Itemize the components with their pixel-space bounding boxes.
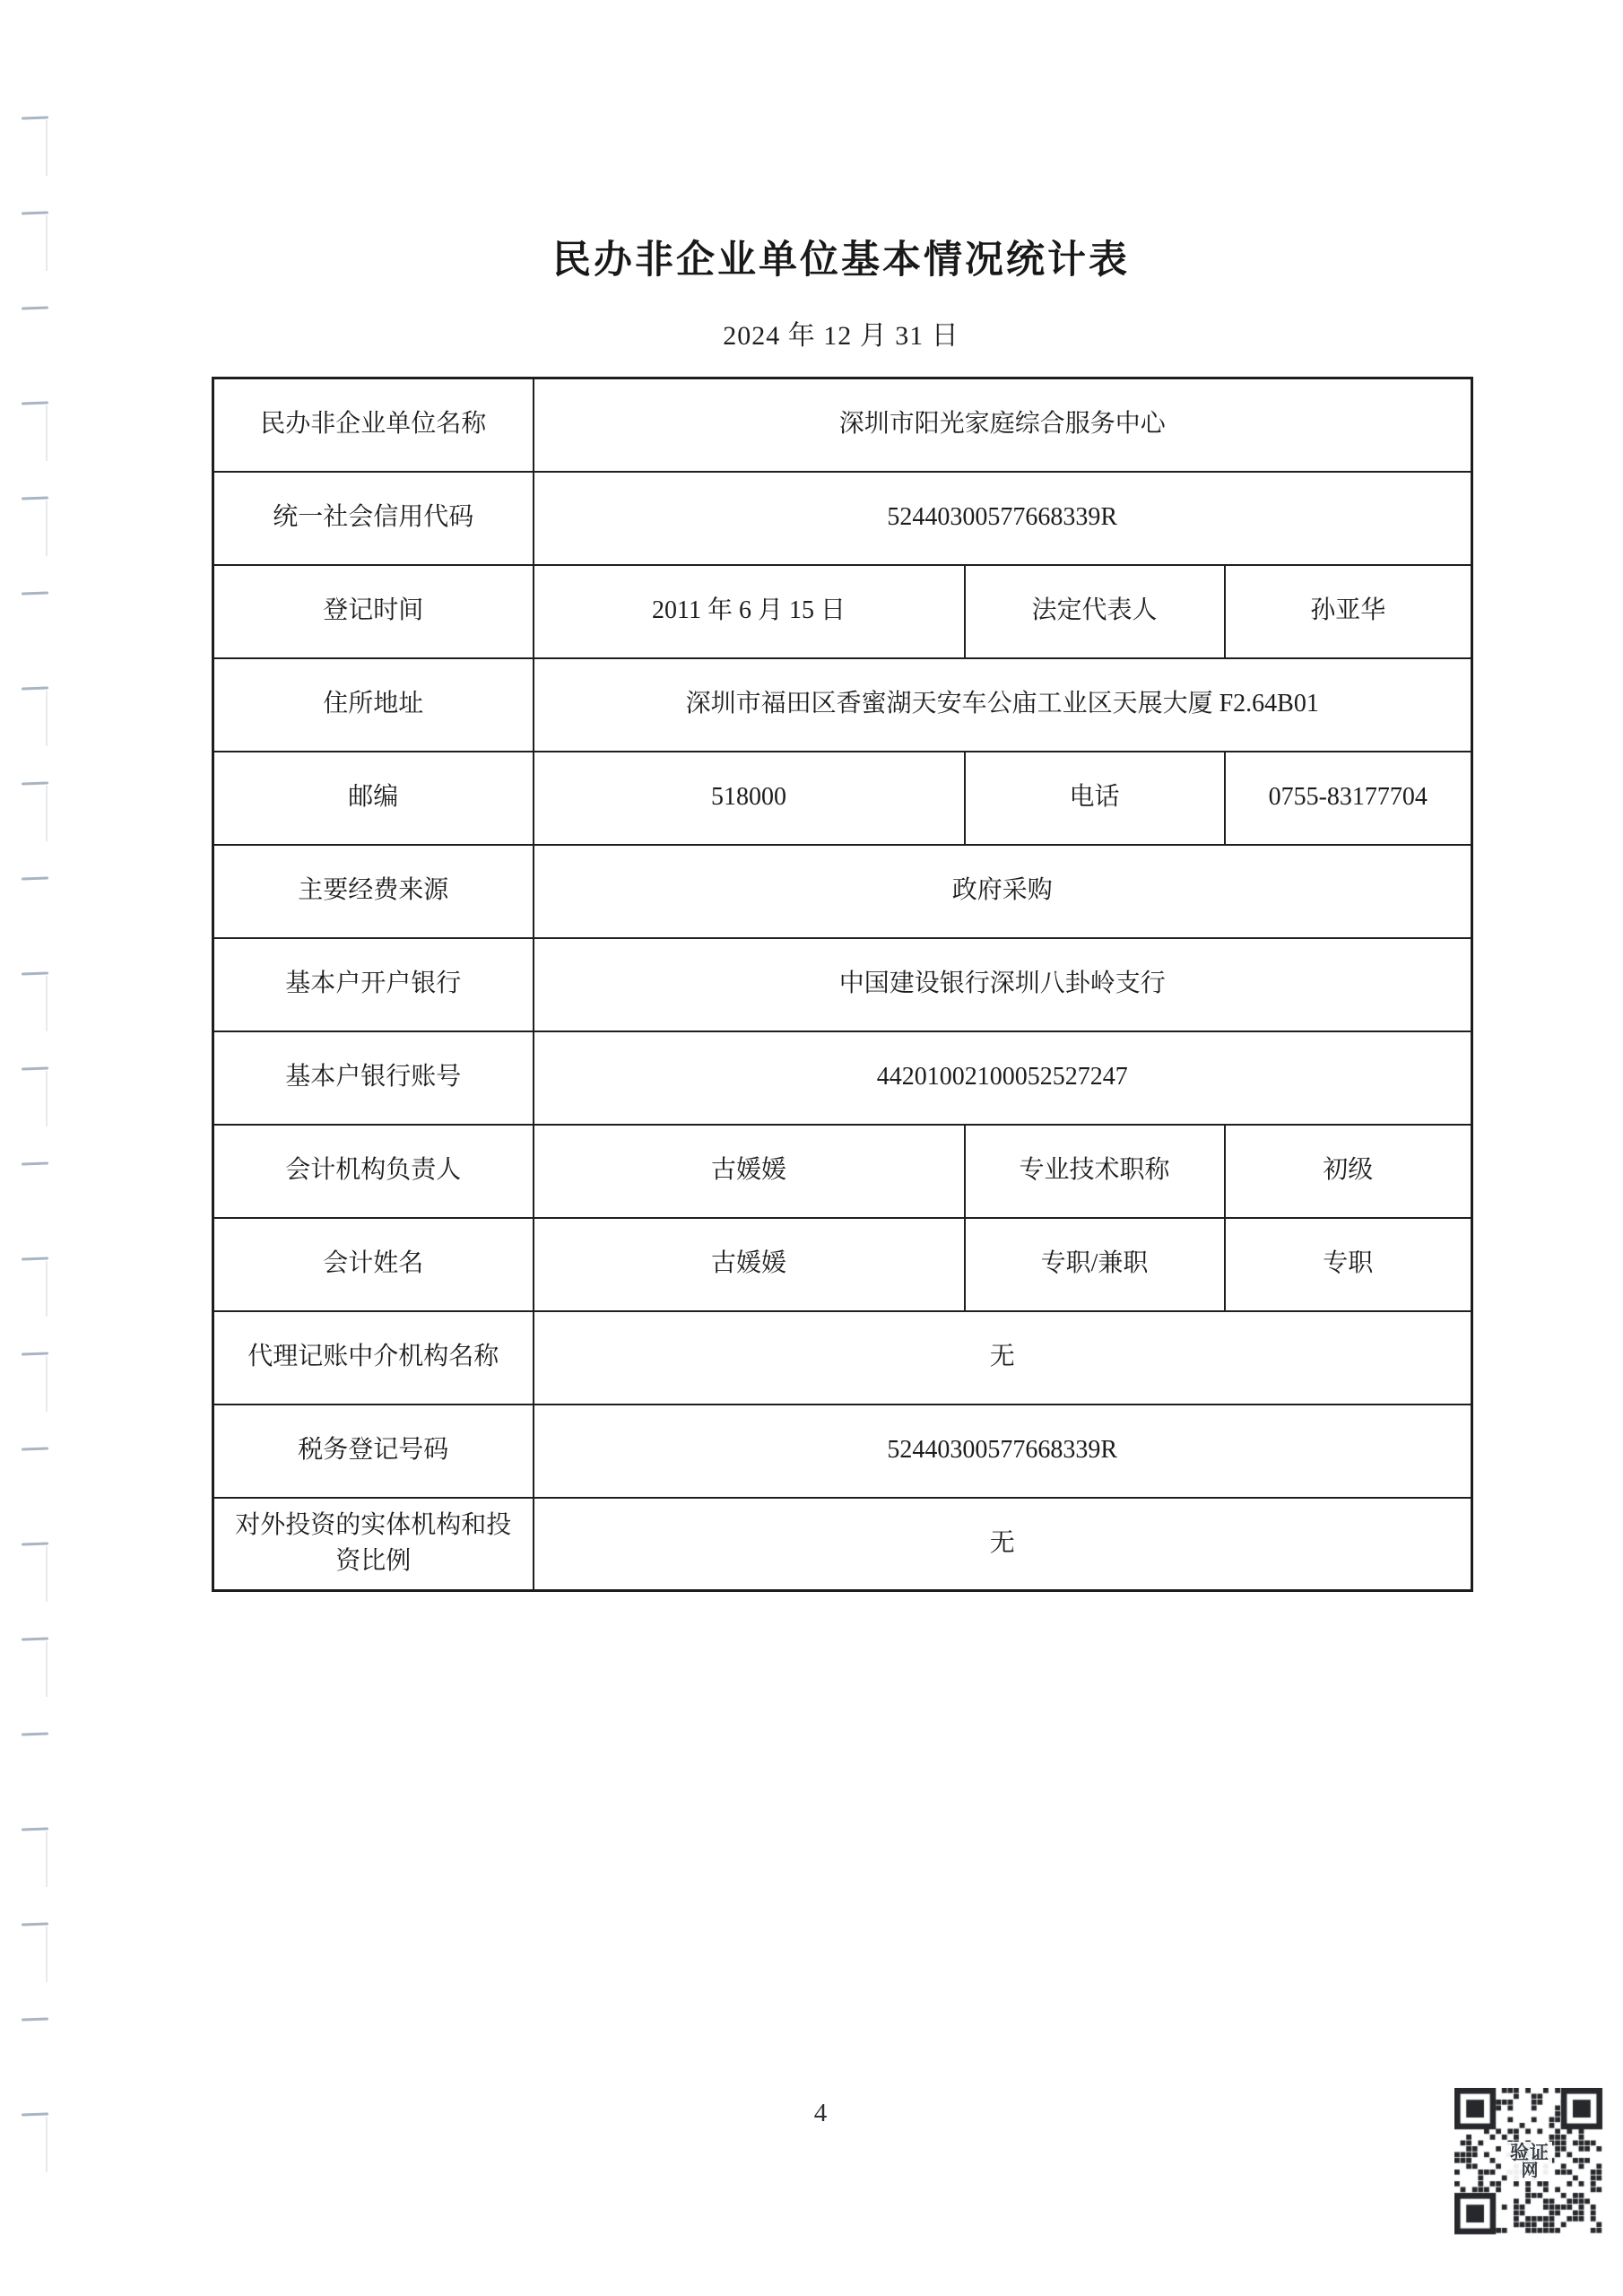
qr-center-label: 验证 网 [1507,2142,1552,2181]
verification-qr-code-icon: 验证 网 [1454,2088,1605,2235]
table-row: 税务登记号码52440300577668339R [213,1405,1472,1498]
field-label-cell: 会计机构负责人 [213,1125,534,1218]
qr-center-label-line1: 验证 [1510,2143,1549,2162]
field-label2-cell: 专业技术职称 [965,1125,1225,1218]
field-value-cell: 52440300577668339R [534,1405,1472,1498]
field-value-cell: 古媛媛 [534,1218,965,1311]
field-label-cell: 基本户开户银行 [213,938,534,1031]
field-label-cell: 会计姓名 [213,1218,534,1311]
table-row: 代理记账中介机构名称无 [213,1311,1472,1405]
table-row: 基本户银行账号44201002100052527247 [213,1031,1472,1125]
table-row: 民办非企业单位名称深圳市阳光家庭综合服务中心 [213,378,1472,472]
field-label-cell: 基本户银行账号 [213,1031,534,1125]
table-row: 对外投资的实体机构和投资比例无 [213,1498,1472,1591]
field-value-cell: 无 [534,1311,1472,1405]
field-label-cell: 住所地址 [213,658,534,752]
field-label-cell: 代理记账中介机构名称 [213,1311,534,1405]
field-label-cell: 民办非企业单位名称 [213,378,534,472]
table-row: 住所地址深圳市福田区香蜜湖天安车公庙工业区天展大厦 F2.64B01 [213,658,1472,752]
page-title: 民办非企业单位基本情况统计表 [212,230,1471,284]
field-label2-cell: 专职/兼职 [965,1218,1225,1311]
field-value-cell: 44201002100052527247 [534,1031,1472,1125]
field-value-cell: 深圳市阳光家庭综合服务中心 [534,378,1472,472]
field-value-cell: 2011 年 6 月 15 日 [534,565,965,658]
statistics-table: 民办非企业单位名称深圳市阳光家庭综合服务中心统一社会信用代码5244030057… [212,377,1473,1592]
field-value2-cell: 初级 [1225,1125,1472,1218]
table-row: 会计姓名古媛媛专职/兼职专职 [213,1218,1472,1311]
qr-center-label-line2: 网 [1510,2162,1549,2180]
table-row: 登记时间2011 年 6 月 15 日法定代表人孙亚华 [213,565,1472,658]
table-row: 主要经费来源政府采购 [213,845,1472,938]
field-label2-cell: 法定代表人 [965,565,1225,658]
field-value-cell: 中国建设银行深圳八卦岭支行 [534,938,1472,1031]
field-label-cell: 对外投资的实体机构和投资比例 [213,1498,534,1591]
binding-marks [0,0,72,2296]
table-row: 邮编518000电话0755-83177704 [213,752,1472,845]
field-value2-cell: 0755-83177704 [1225,752,1472,845]
table-row: 会计机构负责人古媛媛专业技术职称初级 [213,1125,1472,1218]
field-label-cell: 邮编 [213,752,534,845]
scanned-document-page: 民办非企业单位基本情况统计表 2024 年 12 月 31 日 民办非企业单位名… [0,0,1623,2296]
field-value2-cell: 专职 [1225,1218,1472,1311]
table-row: 基本户开户银行中国建设银行深圳八卦岭支行 [213,938,1472,1031]
field-value-cell: 深圳市福田区香蜜湖天安车公庙工业区天展大厦 F2.64B01 [534,658,1472,752]
field-value-cell: 无 [534,1498,1472,1591]
field-value-cell: 政府采购 [534,845,1472,938]
field-label-cell: 统一社会信用代码 [213,472,534,565]
field-label-cell: 税务登记号码 [213,1405,534,1498]
page-number: 4 [789,2099,852,2128]
field-value-cell: 52440300577668339R [534,472,1472,565]
field-value2-cell: 孙亚华 [1225,565,1472,658]
field-label2-cell: 电话 [965,752,1225,845]
field-value-cell: 古媛媛 [534,1125,965,1218]
table-row: 统一社会信用代码52440300577668339R [213,472,1472,565]
field-value-cell: 518000 [534,752,965,845]
field-label-cell: 登记时间 [213,565,534,658]
report-date: 2024 年 12 月 31 日 [212,313,1471,352]
field-label-cell: 主要经费来源 [213,845,534,938]
